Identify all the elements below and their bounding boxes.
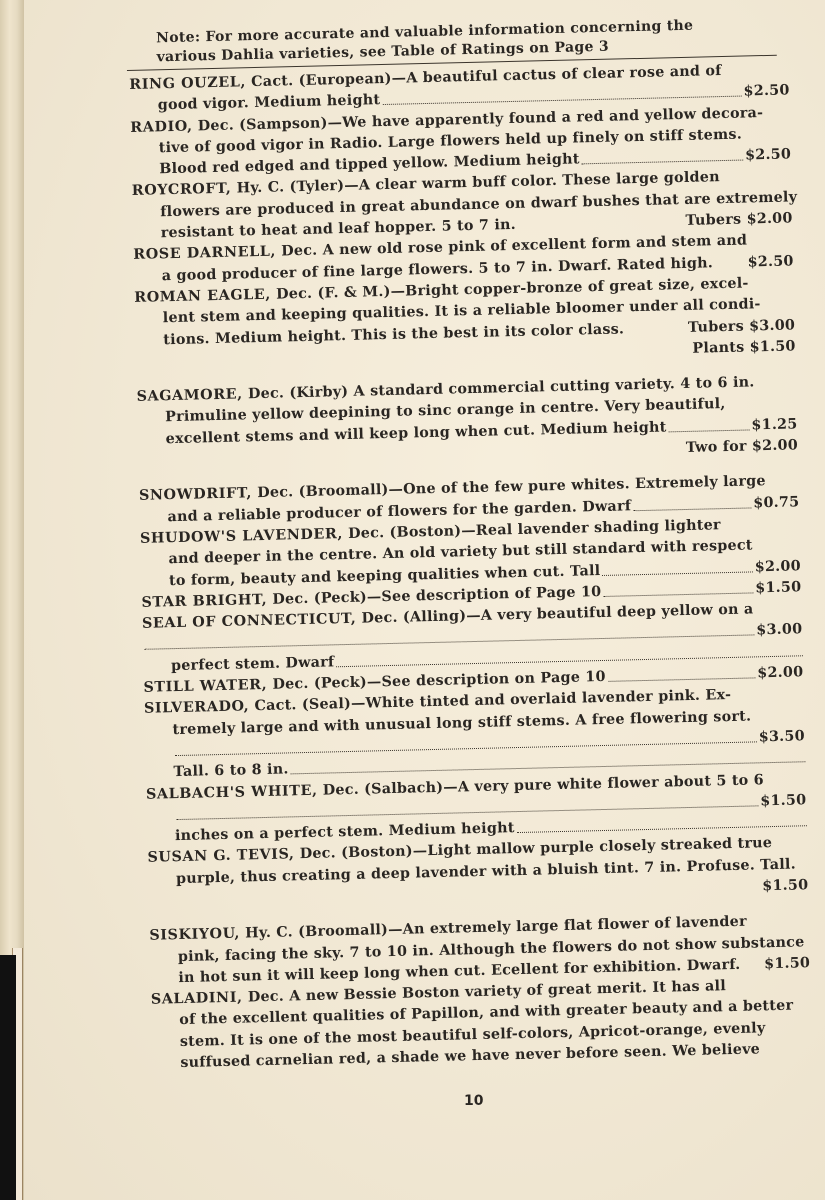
entry-text: Tall. 6 to 8 in. bbox=[173, 762, 288, 781]
variety-name: SISKIYOU, bbox=[149, 926, 240, 944]
entry-text: perfect stem. Dwarf bbox=[171, 654, 335, 674]
price-label: Two for $2.00 bbox=[686, 435, 799, 459]
variety-name: SILVERADO, bbox=[144, 699, 250, 717]
entry-text: good vigor. Medium height bbox=[158, 92, 381, 113]
variety-name: SHUDOW'S LAVENDER, bbox=[140, 526, 343, 547]
variety-list: RING OUZEL, Cact. (European)—A beautiful… bbox=[129, 59, 812, 1075]
variety-name: SALADINI, bbox=[151, 990, 243, 1008]
price-label: $1.25 bbox=[751, 414, 798, 436]
variety-name: SNOWDRIFT, bbox=[139, 486, 252, 505]
variety-entry: SALADINI, Dec. A new Bessie Boston varie… bbox=[151, 974, 813, 1075]
price-label: Tubers $2.00 bbox=[685, 208, 793, 232]
page-content: Note: For more accurate and valuable inf… bbox=[128, 14, 812, 1075]
variety-name: SALBACH'S WHITE, bbox=[146, 782, 318, 802]
variety-name: ROYCROFT, bbox=[132, 181, 232, 199]
catalog-page: Note: For more accurate and valuable inf… bbox=[24, 0, 825, 1200]
dot-leader bbox=[633, 507, 751, 511]
dot-leader bbox=[602, 571, 753, 576]
variety-name: SEAL OF CONNECTICUT, bbox=[142, 611, 357, 632]
dot-leader bbox=[608, 677, 755, 681]
price-label: $1.50 bbox=[764, 953, 811, 975]
dot-leader bbox=[517, 825, 807, 833]
price-label: $2.00 bbox=[755, 556, 802, 578]
price-label: $2.50 bbox=[747, 251, 794, 273]
price-label: $1.50 bbox=[755, 577, 802, 599]
dot-leader bbox=[603, 592, 753, 597]
price-label: $3.50 bbox=[759, 726, 806, 748]
note-block: Note: For more accurate and valuable inf… bbox=[128, 14, 789, 68]
price-label: $1.50 bbox=[760, 790, 807, 812]
price-label: Plants $1.50 bbox=[692, 336, 796, 360]
variety-name: RING OUZEL, bbox=[129, 74, 246, 93]
price-label: Tubers $3.00 bbox=[688, 315, 796, 339]
dot-leader bbox=[669, 429, 750, 432]
price-label: $0.75 bbox=[753, 492, 800, 514]
dot-leader bbox=[581, 160, 743, 165]
variety-entry: ROMAN EAGLE, Dec. (F. & M.)—Bright coppe… bbox=[134, 272, 796, 373]
variety-name: ROMAN EAGLE, bbox=[134, 287, 271, 306]
price-label: $1.50 bbox=[762, 875, 809, 897]
variety-name: ROSE DARNELL, bbox=[133, 244, 276, 263]
variety-name: STILL WATER, bbox=[143, 677, 267, 696]
price-label: $2.00 bbox=[757, 662, 804, 684]
variety-entry: SAGAMORE, Dec. (Kirby) A standard commer… bbox=[136, 372, 798, 473]
price-label: $2.50 bbox=[743, 81, 790, 103]
variety-name: SUSAN G. TEVIS, bbox=[147, 847, 294, 866]
variety-name: STAR BRIGHT, bbox=[141, 592, 267, 611]
price-label: $3.00 bbox=[756, 620, 803, 642]
binding-shadow bbox=[0, 955, 16, 1200]
variety-entry: SILVERADO, Cact. (Seal)—White tinted and… bbox=[144, 684, 806, 785]
price-label: $2.50 bbox=[745, 145, 792, 167]
page-number: 10 bbox=[464, 1093, 483, 1109]
variety-name: RADIO, bbox=[130, 118, 193, 135]
variety-name: SAGAMORE, bbox=[136, 387, 243, 405]
